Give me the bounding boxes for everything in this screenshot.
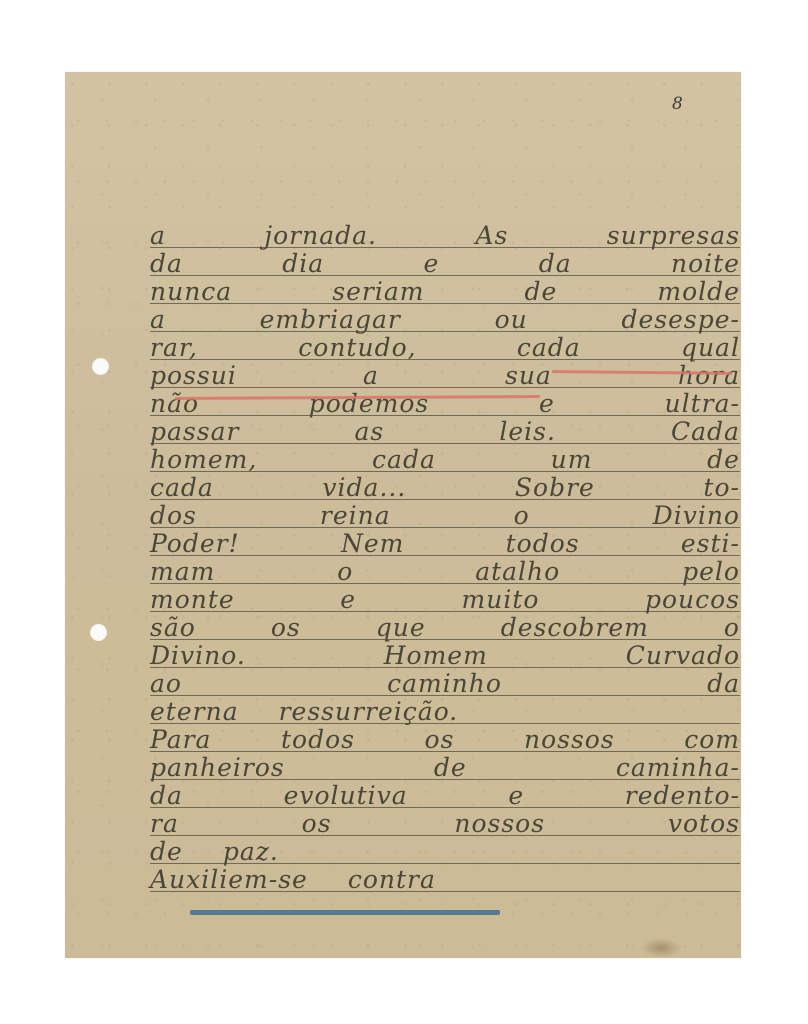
text-line: dadiaedanoite xyxy=(150,251,740,277)
handwritten-word: da xyxy=(707,671,740,697)
handwritten-word: Divino. xyxy=(150,643,246,669)
text-line: dosreinaoDivino xyxy=(150,503,740,529)
handwritten-word: jornada. xyxy=(264,223,377,249)
handwritten-word: cada xyxy=(517,335,581,361)
handwritten-word: cada xyxy=(150,475,214,501)
handwritten-word: As xyxy=(475,223,508,249)
handwritten-word: Para xyxy=(150,727,211,753)
text-line: aembriagaroudesespe- xyxy=(150,307,740,333)
handwritten-word: caminho xyxy=(387,671,502,697)
binder-hole-top xyxy=(92,358,109,375)
text-line: monteemuitopoucos xyxy=(150,587,740,613)
handwritten-word: e xyxy=(340,587,356,613)
handwritten-word: monte xyxy=(150,587,235,613)
text-line: eternaressurreição. xyxy=(150,699,740,725)
text-line: Poder!Nemtodosesti- xyxy=(150,531,740,557)
handwritten-word: Nem xyxy=(341,531,404,557)
handwritten-word: Sobre xyxy=(515,475,595,501)
handwritten-word: são xyxy=(150,615,196,641)
handwritten-word: vida... xyxy=(322,475,406,501)
handwritten-word: o xyxy=(724,615,740,641)
handwritten-word: que xyxy=(376,615,426,641)
handwritten-word: da xyxy=(150,783,183,809)
handwritten-word: de xyxy=(434,755,467,781)
handwritten-word: embriagar xyxy=(260,307,401,333)
handwritten-word: de xyxy=(525,279,558,305)
handwritten-word: mam xyxy=(150,559,215,585)
handwritten-word: a xyxy=(150,223,166,249)
handwritten-word: hora xyxy=(678,363,740,389)
handwritten-word: Cada xyxy=(671,419,740,445)
text-line: raosnossosvotos xyxy=(150,811,740,837)
handwritten-word: sua xyxy=(505,363,552,389)
handwritten-word: da xyxy=(539,251,572,277)
text-line: passarasleis.Cada xyxy=(150,419,740,445)
handwritten-word: votos xyxy=(668,811,740,837)
handwritten-word: evolutiva xyxy=(284,783,408,809)
text-line: rar,contudo,cadaqual xyxy=(150,335,740,361)
handwritten-word: todos xyxy=(281,727,355,753)
handwritten-word: ra xyxy=(150,811,179,837)
handwritten-word: caminha- xyxy=(616,755,740,781)
handwritten-word: redento- xyxy=(625,783,740,809)
text-line: cadavida...Sobreto- xyxy=(150,475,740,501)
text-line: Divino.HomemCurvado xyxy=(150,643,740,669)
text-line: sãoosquedescobremo xyxy=(150,615,740,641)
handwritten-word: molde xyxy=(657,279,740,305)
text-line: nuncaseriamdemolde xyxy=(150,279,740,305)
handwritten-word: pelo xyxy=(682,559,740,585)
handwritten-word: Poder! xyxy=(150,531,240,557)
handwritten-word: os xyxy=(271,615,301,641)
handwritten-word: ao xyxy=(150,671,182,697)
blue-pencil-underline xyxy=(190,910,500,915)
handwritten-word: todos xyxy=(506,531,580,557)
handwritten-word: rar, xyxy=(150,335,198,361)
handwritten-word: a xyxy=(363,363,379,389)
text-line: Paratodososnossoscom xyxy=(150,727,740,753)
handwritten-word: Homem xyxy=(384,643,488,669)
text-line: homem,cadaumde xyxy=(150,447,740,473)
handwritten-word: os xyxy=(302,811,332,837)
handwritten-word: de xyxy=(150,839,183,865)
handwritten-word: qual xyxy=(681,335,740,361)
handwritten-word: desespe- xyxy=(621,307,740,333)
text-line: daevolutivaeredento- xyxy=(150,783,740,809)
handwritten-word: leis. xyxy=(499,419,556,445)
handwritten-word: da xyxy=(150,251,183,277)
handwritten-word: não xyxy=(150,391,199,417)
handwritten-word: contudo, xyxy=(298,335,416,361)
handwritten-word: seriam xyxy=(332,279,424,305)
handwritten-word: nossos xyxy=(454,811,545,837)
text-line: Auxiliem-secontra xyxy=(150,867,740,893)
handwritten-word: dia xyxy=(282,251,324,277)
text-line: ajornada.Assurpresas xyxy=(150,223,740,249)
handwritten-word: um xyxy=(551,447,593,473)
handwritten-word: cada xyxy=(372,447,436,473)
page-number: 8 xyxy=(672,94,683,114)
handwritten-word: e xyxy=(508,783,524,809)
handwritten-word: paz. xyxy=(223,839,279,865)
text-line: panheirosdecaminha- xyxy=(150,755,740,781)
handwritten-word: com xyxy=(684,727,740,753)
handwritten-word: surpresas xyxy=(607,223,740,249)
handwritten-word: Auxiliem-se xyxy=(150,867,308,893)
handwritten-word: o xyxy=(337,559,353,585)
handwritten-word: ou xyxy=(495,307,528,333)
text-line: aocaminhoda xyxy=(150,671,740,697)
handwritten-word: nunca xyxy=(150,279,232,305)
handwritten-word: atalho xyxy=(475,559,560,585)
handwritten-word: esti- xyxy=(681,531,740,557)
handwritten-word: possui xyxy=(150,363,237,389)
handwritten-word: de xyxy=(707,447,740,473)
handwritten-word: e xyxy=(539,391,555,417)
handwritten-word: eterna xyxy=(150,699,239,725)
handwritten-word: a xyxy=(150,307,166,333)
handwritten-word: as xyxy=(355,419,385,445)
text-line: depaz. xyxy=(150,839,740,865)
handwritten-word: reina xyxy=(320,503,391,529)
handwritten-word: to- xyxy=(703,475,740,501)
handwritten-word: Divino xyxy=(653,503,740,529)
binder-hole-bottom xyxy=(90,624,107,641)
handwritten-word: ultra- xyxy=(665,391,740,417)
handwritten-word: muito xyxy=(462,587,540,613)
handwritten-word: nossos xyxy=(524,727,615,753)
text-line: mamoatalhopelo xyxy=(150,559,740,585)
handwritten-word: contra xyxy=(348,867,436,893)
handwritten-word: passar xyxy=(150,419,239,445)
text-line: possuiasuahora xyxy=(150,363,740,389)
handwritten-word: poucos xyxy=(645,587,740,613)
handwritten-word: os xyxy=(425,727,455,753)
handwritten-word: o xyxy=(514,503,530,529)
handwritten-word: dos xyxy=(150,503,197,529)
handwritten-word: descobrem xyxy=(501,615,649,641)
handwritten-word: homem, xyxy=(150,447,257,473)
handwritten-word: ressurreição. xyxy=(279,699,459,725)
handwritten-word: e xyxy=(424,251,440,277)
handwritten-word: Curvado xyxy=(626,643,740,669)
handwritten-word: noite xyxy=(671,251,740,277)
handwritten-word: panheiros xyxy=(150,755,285,781)
